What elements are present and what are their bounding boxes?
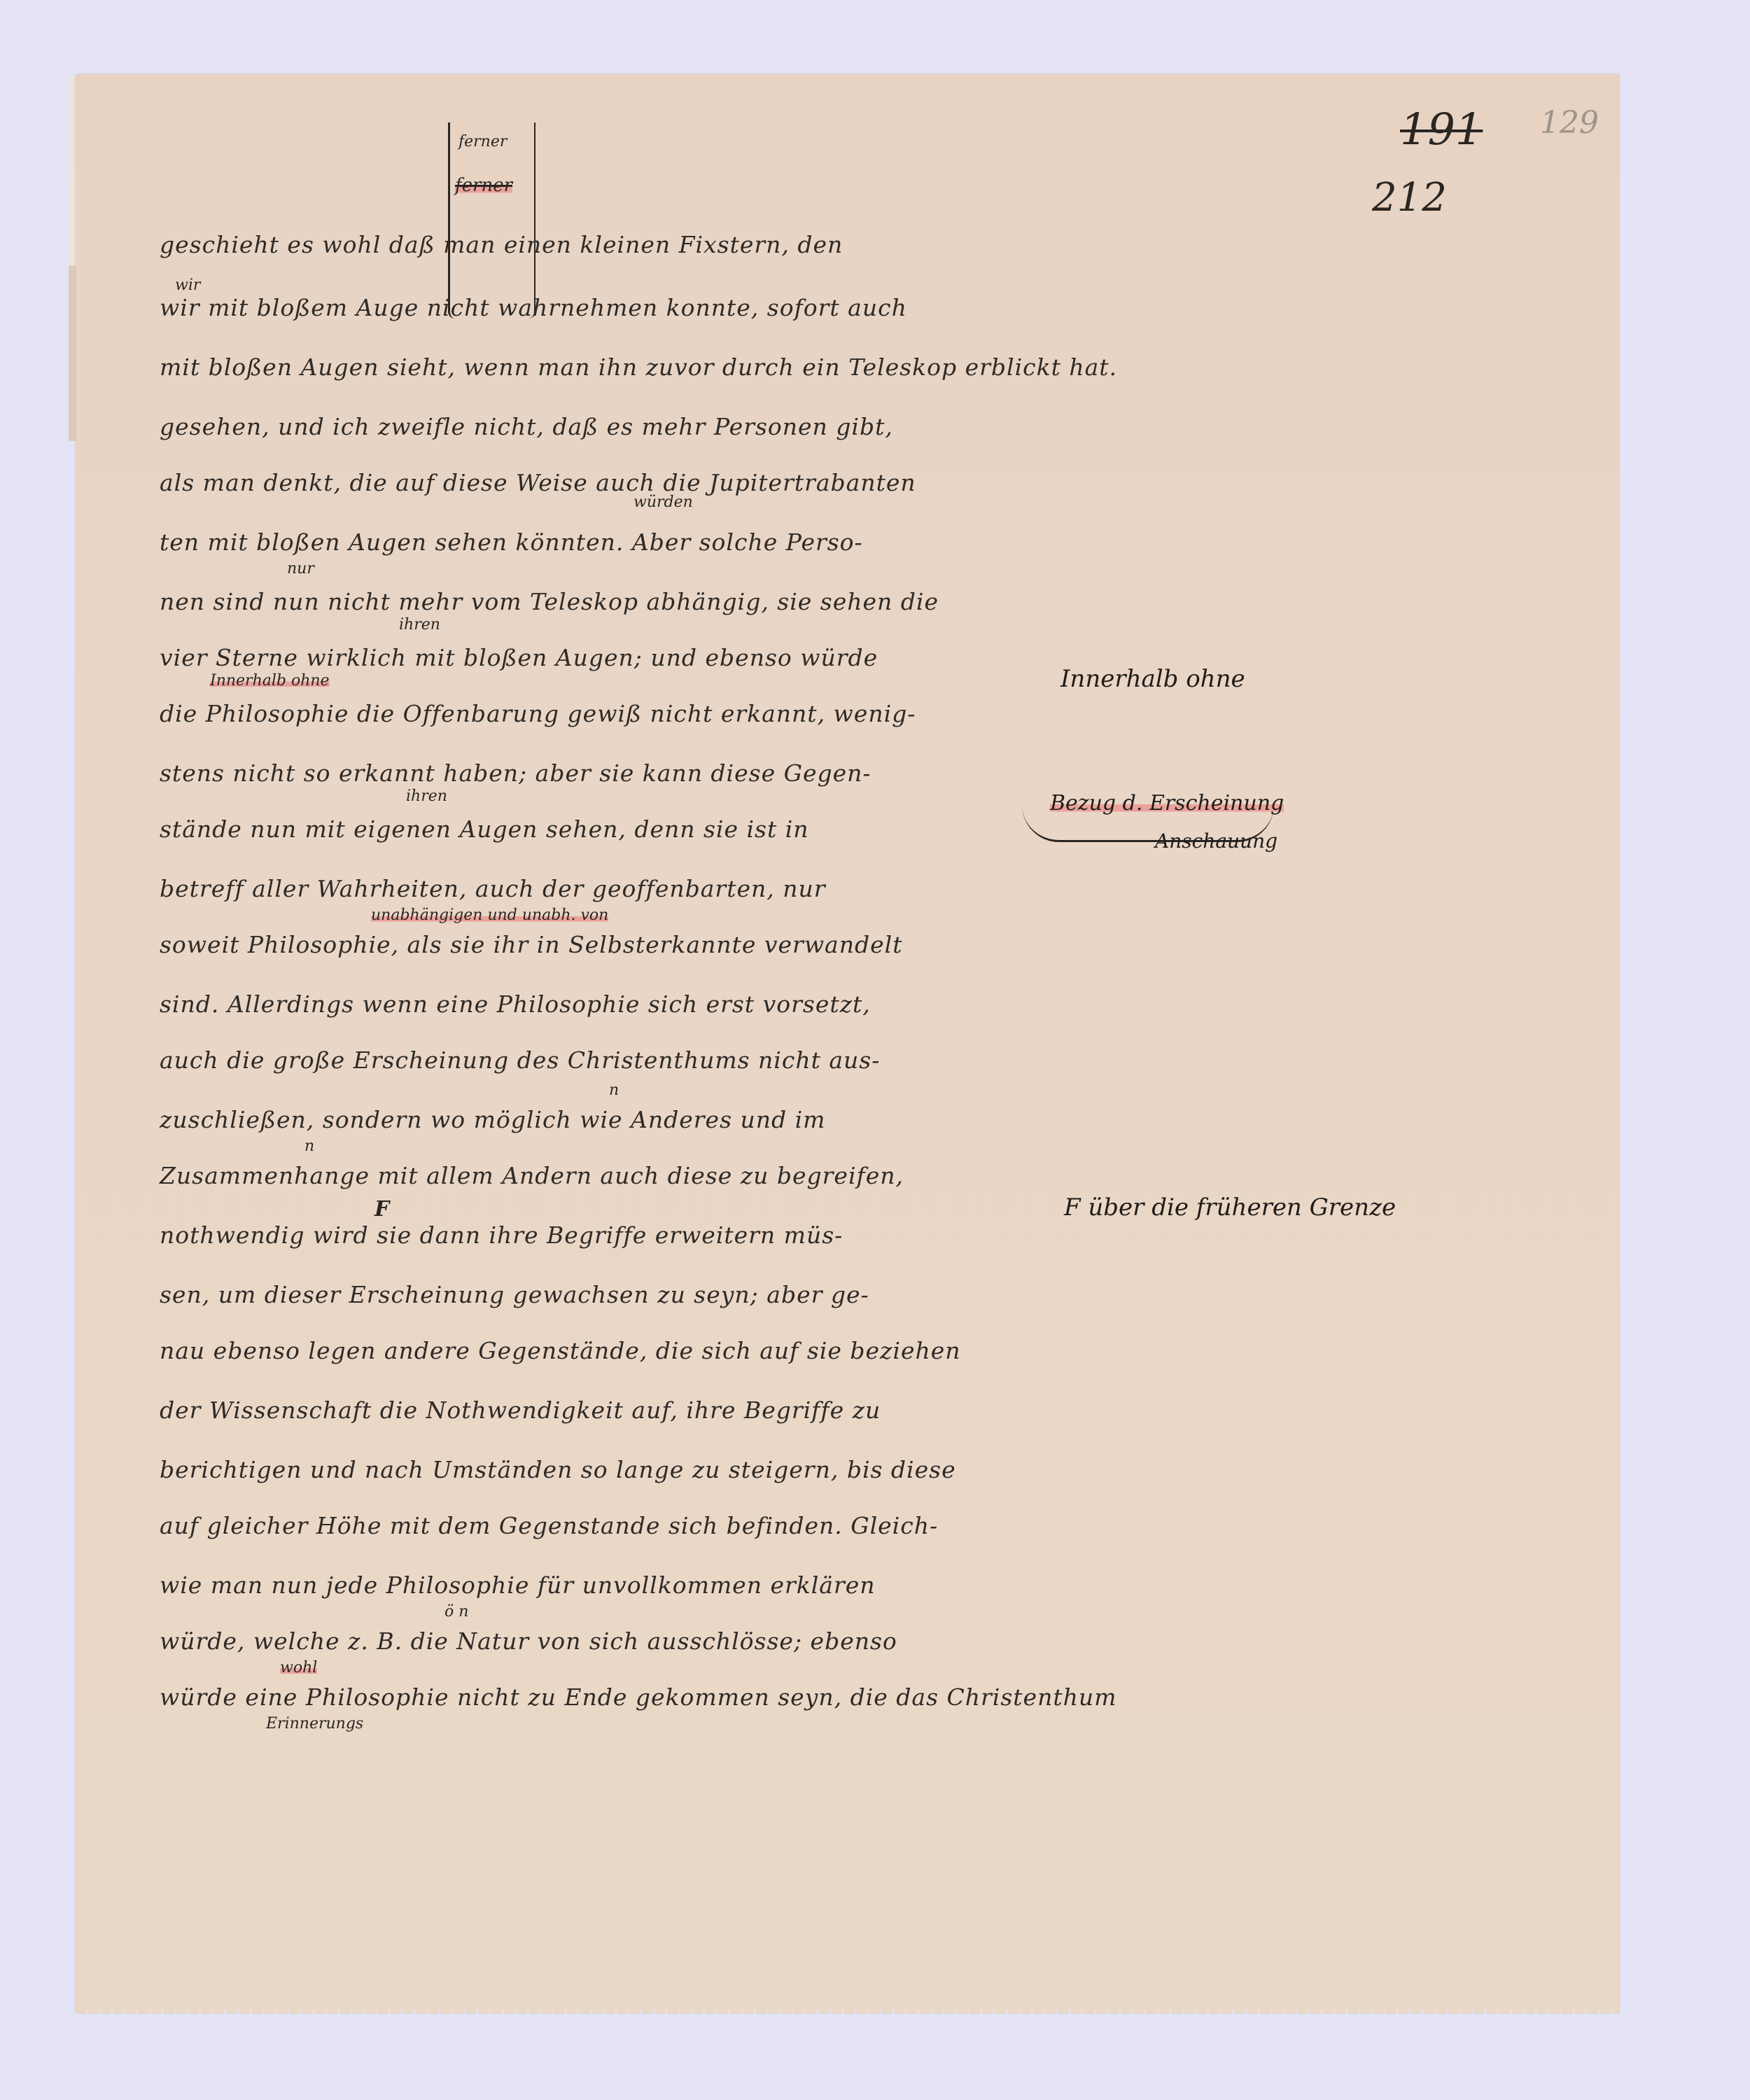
text-line-21: der Wissenschaft die Nothwendigkeit auf,… bbox=[160, 1396, 881, 1424]
insertion-ferner: ferner bbox=[458, 133, 507, 150]
insertion-oe-n: ö n bbox=[444, 1603, 468, 1620]
text-line-18: nothwendig wird sie dann ihre Begriffe e… bbox=[160, 1221, 843, 1249]
text-line-4: gesehen, und ich zweifle nicht, daß es m… bbox=[160, 413, 893, 440]
insertion-f: F bbox=[374, 1197, 389, 1221]
text-line-14: sind. Allerdings wenn eine Philosophie s… bbox=[160, 990, 871, 1018]
insertion-wohl: wohl bbox=[280, 1659, 317, 1676]
text-line-11: stände nun mit eigenen Augen sehen, denn… bbox=[160, 815, 809, 843]
insertion-ferner-struck: ferner bbox=[455, 175, 512, 196]
text-line-19: sen, um dieser Erscheinung gewachsen zu … bbox=[160, 1281, 869, 1308]
text-line-16: zuschließen, sondern wo möglich wie Ande… bbox=[160, 1106, 825, 1133]
margin-note-erscheinung: Bezug d. Erscheinung bbox=[1050, 791, 1284, 815]
text-line-5: als man denkt, die auf diese Weise auch … bbox=[160, 469, 916, 496]
text-line-26: würde eine Philosophie nicht zu Ende gek… bbox=[160, 1683, 1116, 1711]
text-line-1: geschieht es wohl daß man einen kleinen … bbox=[160, 231, 843, 258]
insertion-innerhalb: Innerhalb ohne bbox=[210, 672, 330, 689]
insertion-ihren: ihren bbox=[399, 616, 440, 633]
margin-note-grenze: F über die früheren Grenze bbox=[1064, 1193, 1396, 1221]
foliation-struck: 191 bbox=[1400, 104, 1483, 155]
text-line-17: Zusammenhange mit allem Andern auch dies… bbox=[160, 1162, 904, 1189]
insertion-nur: nur bbox=[287, 560, 314, 577]
text-line-2: wir mit bloßem Auge nicht wahrnehmen kon… bbox=[160, 294, 907, 321]
insertion-unabhaengigen: unabhängigen und unabh. von bbox=[371, 906, 608, 924]
text-line-9: die Philosophie die Offenbarung gewiß ni… bbox=[160, 700, 916, 727]
text-line-23: auf gleicher Höhe mit dem Gegenstande si… bbox=[160, 1512, 938, 1539]
text-line-3: mit bloßen Augen sieht, wenn man ihn zuv… bbox=[160, 353, 1117, 381]
text-line-10: stens nicht so erkannt haben; aber sie k… bbox=[160, 759, 871, 787]
insertion-wir: wir bbox=[175, 276, 200, 294]
insertion-bracket bbox=[448, 122, 535, 318]
foliation-current: 212 bbox=[1372, 175, 1447, 220]
text-line-7: nen sind nun nicht mehr vom Teleskop abh… bbox=[160, 588, 939, 615]
text-line-6: ten mit bloßen Augen sehen könnten. Aber… bbox=[160, 528, 863, 556]
margin-note-innerhalb: Innerhalb ohne bbox=[1060, 665, 1245, 693]
text-line-22: berichtigen und nach Umständen so lange … bbox=[160, 1456, 956, 1483]
margin-note-anschauung: Anschauung bbox=[1155, 829, 1277, 853]
insertion-wuerden: würden bbox=[633, 493, 693, 511]
insertion-erinnerungs: Erinnerungs bbox=[266, 1715, 363, 1732]
text-line-8: vier Sterne wirklich mit bloßen Augen; u… bbox=[160, 644, 878, 671]
foliation-pencil: 129 bbox=[1540, 105, 1599, 141]
insertion-n-1: n bbox=[609, 1081, 619, 1099]
insertion-ihren-2: ihren bbox=[406, 787, 447, 805]
text-line-20: nau ebenso legen andere Gegenstände, die… bbox=[160, 1337, 961, 1364]
text-line-25: würde, welche z. B. die Natur von sich a… bbox=[160, 1627, 897, 1655]
text-line-12: betreff aller Wahrheiten, auch der geoff… bbox=[160, 875, 826, 902]
text-line-13: soweit Philosophie, als sie ihr in Selbs… bbox=[160, 931, 902, 958]
text-line-15: auch die große Erscheinung des Christent… bbox=[160, 1046, 880, 1074]
insertion-n-2: n bbox=[304, 1137, 314, 1155]
text-line-24: wie man nun jede Philosophie für unvollk… bbox=[160, 1571, 876, 1599]
